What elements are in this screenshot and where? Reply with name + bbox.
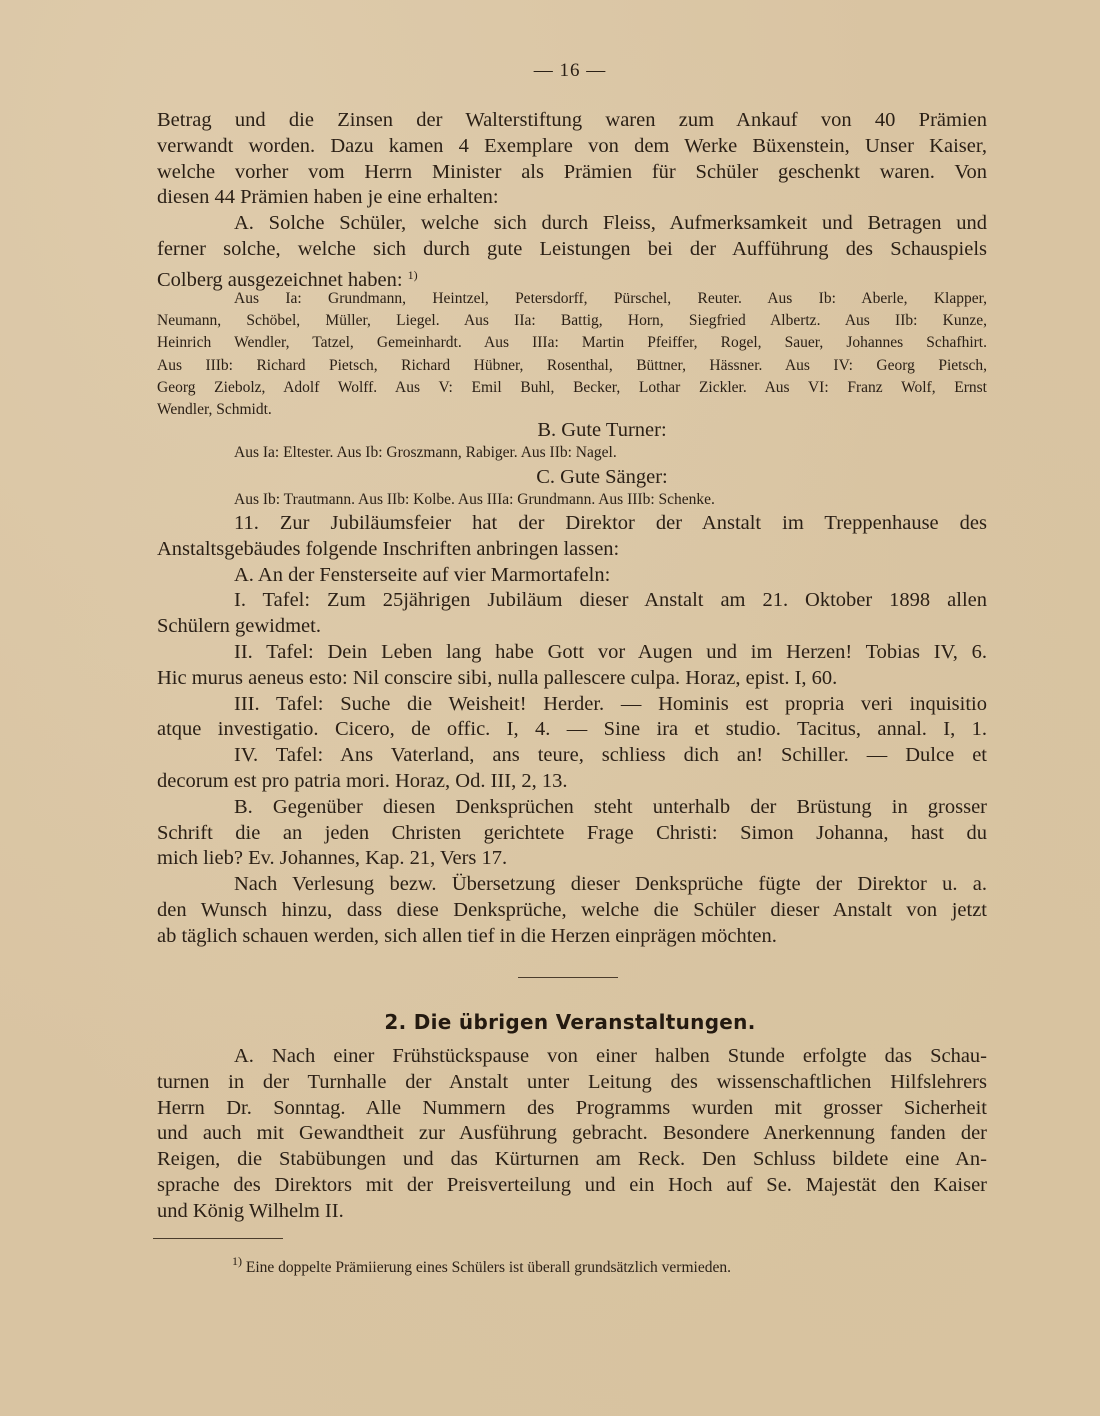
text-line: A. Nach einer Frühstückspause von einer …	[157, 1044, 987, 1070]
tafel-2-line: II. Tafel: Dein Leben lang habe Gott vor…	[157, 640, 987, 666]
group-b: B. Gute Turner: Aus Ia: Eltester. Aus Ib…	[157, 418, 987, 464]
inscription-b-line: mich lieb? Ev. Johannes, Kap. 21, Vers 1…	[157, 846, 987, 872]
footnote: 1) Eine doppelte Prämiierung eines Schül…	[232, 1251, 731, 1278]
group-c-heading: C. Gute Sänger:	[157, 465, 987, 489]
names-line: Neumann, Schöbel, Müller, Liegel. Aus II…	[157, 310, 987, 332]
footnote-reference[interactable]: 1)	[408, 268, 418, 282]
text-line: diesen 44 Prämien haben je eine erhalten…	[157, 185, 987, 211]
intro-paragraph: Betrag und die Zinsen der Walterstiftung…	[157, 108, 987, 211]
section-2-paragraph: A. Nach einer Frühstückspause von einer …	[157, 1044, 987, 1225]
group-a-paragraph: A. Solche Schüler, welche sich durch Fle…	[157, 211, 987, 293]
text-line: Anstaltsgebäudes folgende Inschriften an…	[157, 537, 987, 563]
closing-line: Nach Verlesung bezw. Übersetzung dieser …	[157, 872, 987, 898]
text-line: sprache des Direktors mit der Preisverte…	[157, 1173, 987, 1199]
page-number: — 16 —	[0, 60, 1100, 82]
text-line: welche vorher vom Herrn Minister als Prä…	[157, 160, 987, 186]
group-b-heading: B. Gute Turner:	[157, 418, 987, 442]
names-line: Aus IIIb: Richard Pietsch, Richard Hübne…	[157, 355, 987, 377]
text-line: 11. Zur Jubiläumsfeier hat der Direktor …	[157, 511, 987, 537]
names-line: Aus Ia: Grundmann, Heintzel, Petersdorff…	[157, 288, 987, 310]
inscription-b-line: B. Gegenüber diesen Denksprüchen steht u…	[157, 795, 987, 821]
group-c-names: Aus Ib: Trautmann. Aus IIb: Kolbe. Aus I…	[157, 489, 987, 511]
inscription-b-line: Schrift die an jeden Christen gerichtete…	[157, 821, 987, 847]
group-a-names: Aus Ia: Grundmann, Heintzel, Petersdorff…	[157, 288, 987, 421]
text-line: ferner solche, welche sich durch gute Le…	[157, 237, 987, 263]
text-line: Betrag und die Zinsen der Walterstiftung…	[157, 108, 987, 134]
tafel-1-line: Schülern gewidmet.	[157, 614, 987, 640]
footnote-mark: 1)	[232, 1254, 242, 1268]
tafel-1-line: I. Tafel: Zum 25jährigen Jubiläum dieser…	[157, 588, 987, 614]
tafel-2-line: Hic murus aeneus esto: Nil conscire sibi…	[157, 666, 987, 692]
group-c: C. Gute Sänger: Aus Ib: Trautmann. Aus I…	[157, 465, 987, 511]
text-line: und auch mit Gewandtheit zur Ausführung …	[157, 1121, 987, 1147]
tafel-4-line: decorum est pro patria mori. Horaz, Od. …	[157, 769, 987, 795]
item-11-paragraph: 11. Zur Jubiläumsfeier hat der Direktor …	[157, 511, 987, 950]
text-line: A. Solche Schüler, welche sich durch Fle…	[157, 211, 987, 237]
text-line: Reigen, die Stabübungen und das Kürturne…	[157, 1147, 987, 1173]
text-line: und König Wilhelm II.	[157, 1199, 987, 1225]
group-b-names: Aus Ia: Eltester. Aus Ib: Groszmann, Rab…	[157, 442, 987, 464]
text-line: Herrn Dr. Sonntag. Alle Nummern des Prog…	[157, 1096, 987, 1122]
names-line: Georg Ziebolz, Adolf Wolff. Aus V: Emil …	[157, 377, 987, 399]
inscriptions-heading: A. An der Fensterseite auf vier Marmorta…	[157, 563, 987, 589]
names-line: Heinrich Wendler, Tatzel, Gemeinhardt. A…	[157, 332, 987, 354]
tafel-4-line: IV. Tafel: Ans Vaterland, ans teure, sch…	[157, 743, 987, 769]
document-page: — 16 — Betrag und die Zinsen der Walters…	[0, 0, 1100, 1416]
text-line: verwandt worden. Dazu kamen 4 Exemplare …	[157, 134, 987, 160]
text-line: turnen in der Turnhalle der Anstalt unte…	[157, 1070, 987, 1096]
tafel-3-line: atque investigatio. Cicero, de offic. I,…	[157, 717, 987, 743]
footnote-text: Eine doppelte Prämiierung eines Schülers…	[246, 1259, 731, 1276]
closing-line: ab täglich schauen werden, sich allen ti…	[157, 924, 987, 950]
closing-line: den Wunsch hinzu, dass diese Denksprüche…	[157, 898, 987, 924]
section-2-title: 2. Die übrigen Veranstaltungen.	[0, 1010, 1100, 1034]
tafel-3-line: III. Tafel: Suche die Weisheit! Herder. …	[157, 692, 987, 718]
footnote-rule	[153, 1238, 283, 1239]
section-divider	[518, 977, 618, 978]
